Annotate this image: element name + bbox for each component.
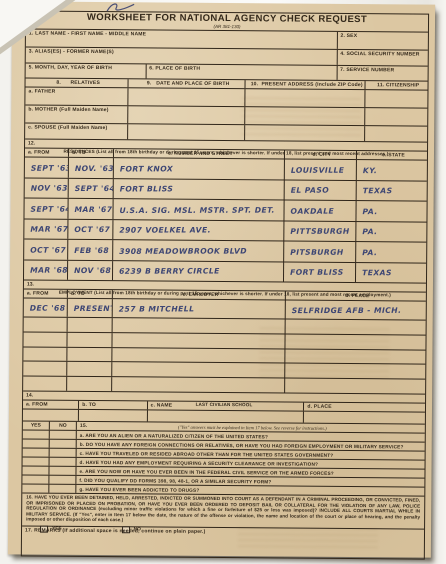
emp-employer: 257 B MITCHELL <box>119 304 195 313</box>
res-state: TEXAS <box>363 186 393 195</box>
res-from: OCT '67 <box>30 245 66 254</box>
res-col-city: d. CITY <box>285 150 357 159</box>
yes-cell <box>23 439 50 447</box>
sch-col-place: d. PLACE <box>304 403 425 412</box>
res-street: FORT KNOX <box>120 164 173 173</box>
mother-label-cell: b. MOTHER (Full Maiden Name) <box>25 105 128 123</box>
res-to: MAR '67 <box>75 205 113 214</box>
spouse-dob-cell <box>128 124 245 140</box>
res-to: NOV. '63 <box>75 164 114 173</box>
remarks-section: 17. REMARKS (If additional space is need… <box>22 526 424 558</box>
emp-col-employer: c. EMPLOYER <box>113 290 286 299</box>
res-from: MAR '68 <box>30 266 68 275</box>
question-16-block: 16. HAVE YOU EVER BEEN DETAINED, HELD, A… <box>22 493 424 529</box>
res-street: U.S.A. SIG. MSL. MSTR. SPT. DET. <box>120 205 275 214</box>
yes-cell <box>23 448 50 456</box>
res-city: PITTSBURGH <box>290 227 349 236</box>
spouse-address-cell <box>245 125 366 141</box>
mother-citizenship-cell <box>366 108 428 125</box>
no-cell <box>49 476 76 484</box>
form-frame: WORKSHEET FOR NATIONAL AGENCY CHECK REQU… <box>21 10 429 559</box>
res-city: FORT BLISS <box>290 268 344 277</box>
no-cell <box>50 440 77 448</box>
scanned-form-paper: WORKSHEET FOR NATIONAL AGENCY CHECK REQU… <box>8 1 435 557</box>
stray-pen-mark-icon <box>104 1 138 13</box>
father-dob-cell <box>129 88 246 106</box>
res-from: MAR '67 <box>30 225 68 234</box>
relatives-col-header: 8. RELATIVES <box>26 78 129 87</box>
no-cell <box>50 449 77 457</box>
emp-to: PRESENT <box>74 304 113 313</box>
emp-col-place: d. PLACE <box>286 292 426 301</box>
res-state: TEXAS <box>362 268 392 277</box>
res-street: 6239 B BERRY CIRCLE <box>119 267 220 276</box>
sch-col-from: a. FROM <box>23 400 79 408</box>
res-to: NOV '68 <box>74 266 111 275</box>
field-sex: 2. SEX <box>337 32 428 50</box>
emp-from: DEC '68 <box>30 304 66 313</box>
mother-dob-cell <box>129 106 246 124</box>
no-cell <box>50 431 77 439</box>
yes-cell <box>22 466 49 474</box>
res-city: OAKDALE <box>290 206 334 215</box>
field-ssn: 4. SOCIAL SECURITY NUMBER <box>337 50 428 66</box>
father-label-cell: a. FATHER <box>25 87 128 105</box>
res-city: EL PASO <box>290 186 329 195</box>
sch-col-name: c. NAME <box>148 401 305 410</box>
res-to: OCT '67 <box>75 225 111 234</box>
citizenship-col-header: 11. CITIZENSHIP <box>366 81 428 89</box>
res-from: SEPT '64 <box>31 204 69 213</box>
res-street: 3908 MEADOWBROOK BLVD <box>119 246 247 255</box>
res-from: SEPT '63 <box>31 163 69 172</box>
yes-cell <box>22 475 49 483</box>
torn-corner <box>0 0 74 52</box>
mother-address-cell <box>245 107 366 125</box>
res-street: FORT BLISS <box>120 185 174 194</box>
father-address-cell <box>245 89 366 107</box>
yes-column-header: YES <box>23 421 50 429</box>
res-state: KY. <box>363 166 377 175</box>
res-street: 2907 VOELKEL AVE. <box>120 226 212 235</box>
res-col-state: e. STATE <box>357 151 427 160</box>
yes-cell <box>22 484 49 492</box>
sch-col-to: b. TO <box>79 401 147 410</box>
res-state: PA. <box>362 227 377 236</box>
res-from: NOV '63 <box>31 184 68 193</box>
no-column-header: NO <box>50 422 77 430</box>
res-city: PITSBURGH <box>290 247 344 256</box>
res-state: PA. <box>362 248 377 257</box>
yes-cell <box>23 457 50 465</box>
field-place-of-birth: 6. PLACE OF BIRTH <box>146 64 337 79</box>
res-col-from: a. FROM <box>25 148 69 156</box>
father-citizenship-cell <box>366 90 428 107</box>
emp-col-to: b. TO <box>68 290 113 298</box>
res-to: FEB '68 <box>74 246 109 255</box>
yes-cell <box>23 430 50 438</box>
question-16-text: 16. HAVE YOU EVER BEEN DETAINED, HELD, A… <box>26 495 420 525</box>
emp-col-from: a. FROM <box>24 289 68 297</box>
no-cell <box>49 485 76 493</box>
no-cell <box>49 467 76 475</box>
res-state: PA. <box>363 207 378 216</box>
res-to: SEPT '64 <box>75 184 114 193</box>
res-col-to: b. TO <box>69 149 114 157</box>
emp-place: SELFRIDGE AFB - MICH. <box>292 306 402 315</box>
res-col-street: c. NUMBER AND STREET <box>114 149 284 158</box>
dob-col-header: 9. DATE AND PLACE OF BIRTH <box>129 79 246 88</box>
res-city: LOUISVILLE <box>291 165 345 174</box>
field-date-of-birth: 5. MONTH, DAY, YEAR OF BIRTH <box>26 63 147 78</box>
spouse-citizenship-cell <box>366 126 428 141</box>
no-cell <box>50 458 77 466</box>
field-service-number: 7. SERVICE NUMBER <box>337 66 428 81</box>
address-col-header: 10. PRESENT ADDRESS (Include ZIP Code) <box>245 80 366 89</box>
remarks-label: 17. REMARKS (If additional space is need… <box>25 527 206 556</box>
spouse-label-cell: c. SPOUSE (Full Maiden Name) <box>25 123 128 139</box>
